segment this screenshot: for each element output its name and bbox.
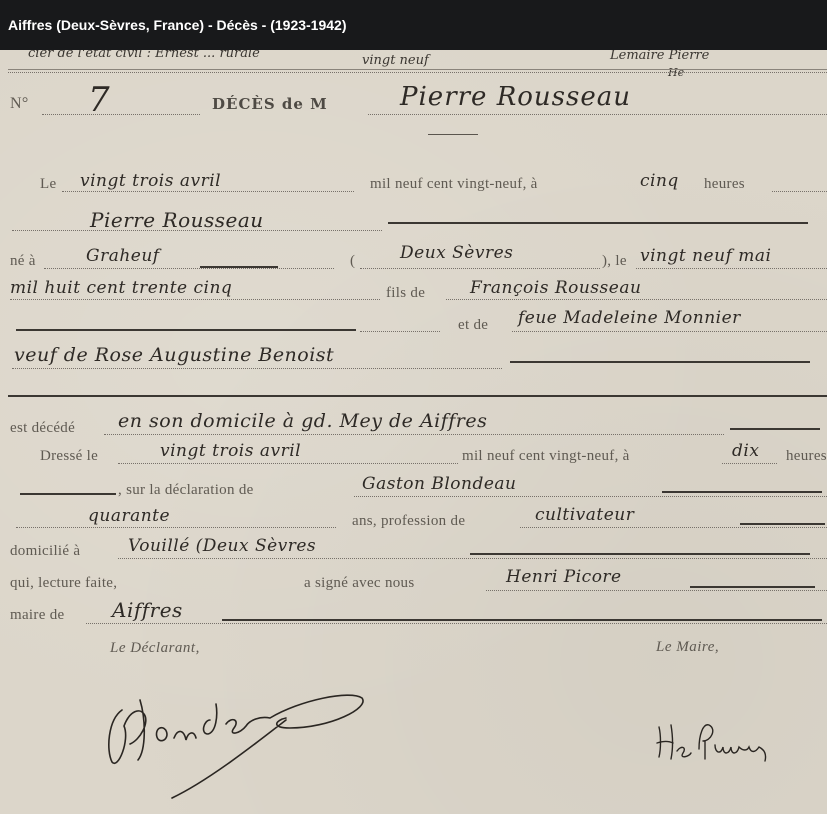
line11-profession-field <box>520 527 827 528</box>
number-line <box>42 114 200 115</box>
line1-hand-hour: cinq <box>640 171 679 191</box>
deceased-name-line <box>368 114 827 115</box>
line1-suffix: heures <box>704 176 745 193</box>
declarant-signature: G Blondeau <box>100 680 380 790</box>
line11-hand-profession: cultivateur <box>535 505 634 525</box>
line10-hand-declarant: Gaston Blondeau <box>362 474 517 494</box>
line5-hand-mother: feue Madeleine Monnier <box>518 308 741 328</box>
line1-mid: mil neuf cent vingt-neuf, à <box>370 176 538 193</box>
line8-field <box>104 434 724 435</box>
line13-mid: a signé avec nous <box>304 575 414 592</box>
death-record-document: cier de l'état civil : Ernest ... rurale… <box>0 50 827 814</box>
line11-age-field <box>16 527 336 528</box>
record-number: 7 <box>88 80 111 120</box>
line10-fill-stroke-left <box>20 493 116 495</box>
line12-prefix: domicilié à <box>10 543 80 560</box>
line9-prefix: Dressé le <box>40 448 98 465</box>
line5-field <box>360 331 440 332</box>
previous-record-fragment-right: Lemaire Pierre <box>610 50 709 63</box>
line2-field <box>12 230 382 231</box>
line10-fill-stroke-right <box>662 491 822 493</box>
divider-dotted <box>8 72 827 73</box>
line13-mayor-field <box>486 590 827 591</box>
line5-mid: et de <box>458 317 488 334</box>
line13-prefix: qui, lecture faite, <box>10 575 117 592</box>
previous-record-fragment-middle: vingt neuf <box>362 53 429 68</box>
line5-mother-field <box>512 331 827 332</box>
line14-fill-stroke <box>222 619 822 621</box>
line2-hand-name: Pierre Rousseau <box>90 208 264 232</box>
line1-prefix: Le <box>40 176 56 193</box>
mayor-label: Le Maire, <box>656 639 719 656</box>
number-label: N° <box>10 95 29 113</box>
divider-line <box>8 69 827 70</box>
line9-hand-hour: dix <box>732 441 759 461</box>
line9-hour-field <box>722 463 777 464</box>
line9-hand-date: vingt trois avril <box>160 441 301 461</box>
line4-hand-father: François Rousseau <box>470 278 641 298</box>
line3-hand-birthplace: Graheuf <box>86 246 160 266</box>
line5-fill-stroke <box>16 329 356 331</box>
line12-field <box>118 558 827 559</box>
line1-tail <box>772 191 827 192</box>
deces-label: DÉCÈS de M <box>212 95 328 113</box>
line8-fill-stroke <box>730 428 820 430</box>
line11-fill-stroke <box>740 523 825 525</box>
line3-birthplace-field <box>44 268 334 269</box>
line3-paren-open: ( <box>350 253 355 270</box>
line14-prefix: maire de <box>10 607 64 624</box>
line11-mid: ans, profession de <box>352 513 465 530</box>
line7-fill-stroke <box>8 395 827 397</box>
line4-father-field <box>446 299 827 300</box>
line1-hand-date: vingt trois avril <box>80 171 221 191</box>
line3-fill-stroke <box>200 266 278 268</box>
line3-department-field <box>360 268 600 269</box>
line4-mid: fils de <box>386 285 425 302</box>
line8-prefix: est décédé <box>10 420 75 437</box>
line11-hand-age: quarante <box>88 506 170 526</box>
line13-fill-stroke <box>690 586 815 588</box>
line8-hand-place: en son domicile à gd. Mey de Aiffres <box>118 410 487 432</box>
deceased-name-header: Pierre Rousseau <box>400 82 631 112</box>
line9-suffix: heures <box>786 448 827 465</box>
line3-birthdate-field <box>636 268 827 269</box>
line10-mid: , sur la déclaration de <box>118 482 254 499</box>
line3-mid: ), le <box>602 253 627 270</box>
line3-hand-birthdate: vingt neuf mai <box>640 246 771 266</box>
line1-date-field <box>62 191 354 192</box>
line6-field <box>12 368 502 369</box>
line4-birthyear-field <box>10 299 380 300</box>
line14-hand-commune: Aiffres <box>112 598 183 622</box>
line3-prefix: né à <box>10 253 36 270</box>
previous-record-fragment-left: cier de l'état civil : Ernest ... rurale <box>28 50 260 61</box>
mayor-signature: He Picore <box>655 715 785 775</box>
line3-hand-department: Deux Sèvres <box>400 243 513 263</box>
line2-fill-stroke <box>388 222 808 224</box>
header-ornament <box>428 134 478 135</box>
line14-field <box>86 623 827 624</box>
window-title-bar: Aiffres (Deux-Sèvres, France) - Décès - … <box>0 0 827 50</box>
line6-fill-stroke <box>510 361 810 363</box>
line9-date-field <box>118 463 458 464</box>
window-title: Aiffres (Deux-Sèvres, France) - Décès - … <box>8 17 347 33</box>
declarant-label: Le Déclarant, <box>110 640 200 657</box>
line12-fill-stroke <box>470 553 810 555</box>
line6-hand-spouse: veuf de Rose Augustine Benoist <box>14 344 334 366</box>
line9-mid: mil neuf cent vingt-neuf, à <box>462 448 630 465</box>
line10-declarant-field <box>354 496 827 497</box>
line13-hand-mayor: Henri Picore <box>506 567 622 587</box>
line4-hand-birthyear: mil huit cent trente cinq <box>10 278 232 298</box>
line12-hand-domicile: Vouillé (Deux Sèvres <box>128 536 316 556</box>
